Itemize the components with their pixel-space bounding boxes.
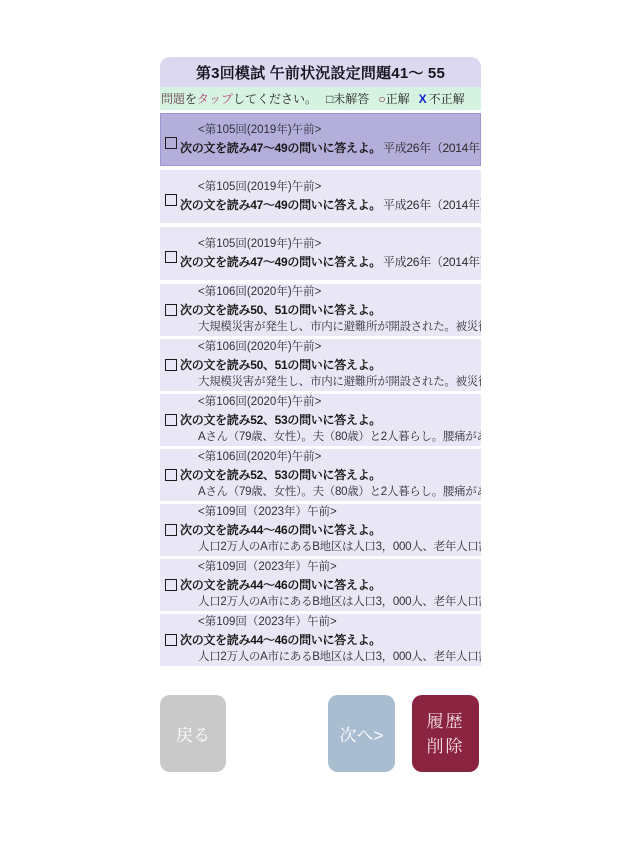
question-item-5[interactable]: <第106回(2020年)午前> 次の文を読み50、51の問いに答えよ。 大規模… [160, 339, 481, 391]
instruction-particle: を [185, 90, 197, 107]
next-button[interactable]: 次へ> [328, 695, 395, 772]
legend-incorrect-label: 不正解 [429, 90, 465, 107]
history-delete-button[interactable]: 履歴 削除 [412, 695, 479, 772]
question-detail: 大規模災害が発生し、市内に避難所が開設された。被災後3 [198, 374, 479, 391]
question-detail: 人口2万人のA市にあるB地区は人口3，000人、老年人口割合 [198, 649, 479, 666]
question-main-row: 次の文を読み50、51の問いに答えよ。 [162, 301, 479, 319]
question-main-row: 次の文を読み44〜46の問いに答えよ。 [162, 521, 479, 539]
question-list-card: 第3回模試 午前状況設定問題41〜 55 問題 を タップ してください。 □未… [160, 57, 481, 669]
exam-session-header: <第106回(2020年)午前> [198, 339, 479, 356]
legend-incorrect-x-icon: X [419, 92, 427, 106]
answer-status-checkbox[interactable] [165, 524, 177, 536]
legend-correct-label: 正解 [386, 90, 410, 107]
question-item-10[interactable]: <第109回（2023年）午前> 次の文を読み44〜46の問いに答えよ。 人口2… [160, 614, 481, 666]
question-text: 次の文を読み47〜49の問いに答えよ。 [180, 253, 381, 271]
question-detail: 人口2万人のA市にあるB地区は人口3，000人、老年人口割合 [198, 594, 479, 611]
answer-status-checkbox[interactable] [165, 359, 177, 371]
question-text: 次の文を読み50、51の問いに答えよ。 [180, 301, 381, 319]
answer-status-checkbox[interactable] [165, 469, 177, 481]
question-text: 次の文を読み47〜49の問いに答えよ。 [180, 196, 381, 214]
exam-session-header: <第105回(2019年)午前> [198, 236, 479, 253]
question-detail: Aさん（79歳、女性）。夫（80歳）と2人暮らし。腰痛があ [198, 429, 479, 446]
question-main-row: 次の文を読み47〜49の問いに答えよ。 平成26年（2014年） [162, 139, 479, 157]
question-item-3[interactable]: <第105回(2019年)午前> 次の文を読み47〜49の問いに答えよ。 平成2… [160, 227, 481, 280]
answer-status-checkbox[interactable] [165, 194, 177, 206]
question-main-row: 次の文を読み52、53の問いに答えよ。 [162, 466, 479, 484]
answer-status-checkbox[interactable] [165, 414, 177, 426]
app-screen: 第3回模試 午前状況設定問題41〜 55 問題 を タップ してください。 □未… [0, 0, 643, 858]
exam-session-header: <第109回（2023年）午前> [198, 559, 479, 576]
question-main-row: 次の文を読み50、51の問いに答えよ。 [162, 356, 479, 374]
question-item-6[interactable]: <第106回(2020年)午前> 次の文を読み52、53の問いに答えよ。 Aさん… [160, 394, 481, 446]
question-main-row: 次の文を読み52、53の問いに答えよ。 [162, 411, 479, 429]
question-text: 次の文を読み52、53の問いに答えよ。 [180, 466, 381, 484]
question-list: <第105回(2019年)午前> 次の文を読み47〜49の問いに答えよ。 平成2… [160, 113, 481, 666]
instruction-bar: 問題 を タップ してください。 □未解答 ○ 正解 X 不正解 [160, 87, 481, 110]
question-item-9[interactable]: <第109回（2023年）午前> 次の文を読み44〜46の問いに答えよ。 人口2… [160, 559, 481, 611]
question-text: 次の文を読み50、51の問いに答えよ。 [180, 356, 381, 374]
question-main-row: 次の文を読み44〜46の問いに答えよ。 [162, 631, 479, 649]
question-text: 次の文を読み47〜49の問いに答えよ。 [180, 139, 381, 157]
question-item-7[interactable]: <第106回(2020年)午前> 次の文を読み52、53の問いに答えよ。 Aさん… [160, 449, 481, 501]
back-button[interactable]: 戻る [160, 695, 226, 772]
instruction-word-tap: タップ [197, 90, 233, 107]
exam-session-header: <第106回(2020年)午前> [198, 449, 479, 466]
page-title: 第3回模試 午前状況設定問題41〜 55 [160, 57, 481, 87]
question-item-2[interactable]: <第105回(2019年)午前> 次の文を読み47〜49の問いに答えよ。 平成2… [160, 170, 481, 223]
question-text: 次の文を読み44〜46の問いに答えよ。 [180, 521, 381, 539]
answer-status-checkbox[interactable] [165, 579, 177, 591]
question-suffix: 平成26年（2014年） [383, 253, 481, 271]
question-main-row: 次の文を読み44〜46の問いに答えよ。 [162, 576, 479, 594]
legend-correct-circle-icon: ○ [378, 92, 385, 106]
history-delete-line1: 履歴 [427, 709, 465, 734]
question-item-4[interactable]: <第106回(2020年)午前> 次の文を読み50、51の問いに答えよ。 大規模… [160, 284, 481, 336]
exam-session-header: <第106回(2020年)午前> [198, 394, 479, 411]
question-text: 次の文を読み44〜46の問いに答えよ。 [180, 631, 381, 649]
question-item-8[interactable]: <第109回（2023年）午前> 次の文を読み44〜46の問いに答えよ。 人口2… [160, 504, 481, 556]
question-detail: 大規模災害が発生し、市内に避難所が開設された。被災後3 [198, 319, 479, 336]
question-suffix: 平成26年（2014年） [383, 196, 481, 214]
exam-session-header: <第109回（2023年）午前> [198, 504, 479, 521]
question-main-row: 次の文を読み47〜49の問いに答えよ。 平成26年（2014年） [162, 253, 479, 271]
instruction-rest: してください。 [233, 90, 317, 107]
exam-session-header: <第105回(2019年)午前> [198, 179, 479, 196]
question-text: 次の文を読み52、53の問いに答えよ。 [180, 411, 381, 429]
question-detail: Aさん（79歳、女性）。夫（80歳）と2人暮らし。腰痛があ [198, 484, 479, 501]
answer-status-checkbox[interactable] [165, 634, 177, 646]
exam-session-header: <第106回(2020年)午前> [198, 284, 479, 301]
question-text: 次の文を読み44〜46の問いに答えよ。 [180, 576, 381, 594]
answer-status-checkbox[interactable] [165, 304, 177, 316]
question-main-row: 次の文を読み47〜49の問いに答えよ。 平成26年（2014年） [162, 196, 479, 214]
instruction-word-question: 問題 [161, 90, 185, 107]
exam-session-header: <第105回(2019年)午前> [198, 122, 479, 139]
exam-session-header: <第109回（2023年）午前> [198, 614, 479, 631]
answer-status-checkbox[interactable] [165, 137, 177, 149]
history-delete-line2: 削除 [427, 734, 465, 759]
question-detail: 人口2万人のA市にあるB地区は人口3，000人、老年人口割合 [198, 539, 479, 556]
question-suffix: 平成26年（2014年） [383, 139, 481, 157]
legend-unanswered: □未解答 [326, 90, 369, 107]
answer-status-checkbox[interactable] [165, 251, 177, 263]
question-item-1[interactable]: <第105回(2019年)午前> 次の文を読み47〜49の問いに答えよ。 平成2… [160, 113, 481, 166]
